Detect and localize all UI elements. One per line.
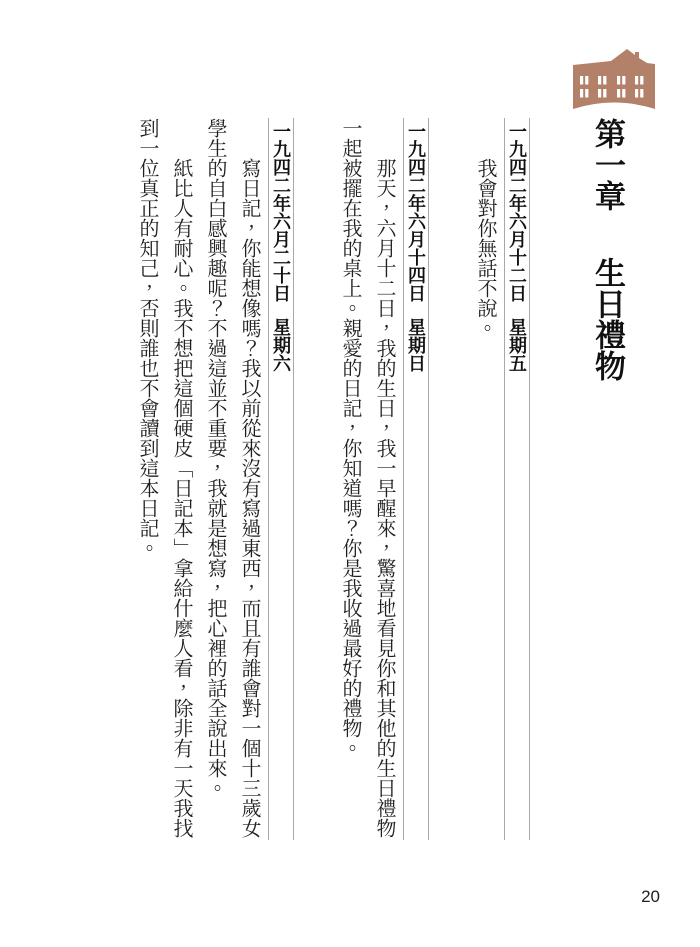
entry-date-heading: 一九四二年六月十二日星期五 bbox=[504, 118, 530, 840]
page-content: 第一章生日禮物 一九四二年六月十二日星期五 我會對你無話不說。 一九四二年六月十… bbox=[130, 118, 625, 840]
entry-paragraph: 寫日記，你能想像嗎？我以前從來沒有寫過東西，而且有誰會對一個十三歲女學生的自白感… bbox=[198, 118, 266, 840]
chapter-title: 第一章生日禮物 bbox=[589, 118, 625, 840]
entry-weekday: 星期六 bbox=[271, 318, 291, 372]
diary-entry: 一九四二年六月十二日星期五 我會對你無話不說。 bbox=[468, 118, 530, 840]
entry-paragraph: 那天，六月十二日，我的生日，我一早醒來，驚喜地看見你和其他的生日禮物一起被擺在我… bbox=[333, 118, 401, 840]
chapter-name: 生日禮物 bbox=[590, 257, 625, 381]
house-icon bbox=[573, 48, 655, 112]
entry-date: 一九四二年六月十四日 bbox=[406, 122, 426, 302]
book-page: 第一章生日禮物 一九四二年六月十二日星期五 我會對你無話不說。 一九四二年六月十… bbox=[0, 0, 700, 947]
entry-weekday: 星期日 bbox=[406, 318, 426, 372]
diary-entry: 一九四二年六月十四日星期日 那天，六月十二日，我的生日，我一早醒來，驚喜地看見你… bbox=[333, 118, 429, 840]
entry-paragraph: 我會對你無話不說。 bbox=[468, 118, 502, 840]
entry-date: 一九四二年六月十二日 bbox=[507, 122, 527, 302]
entry-date-heading: 一九四二年六月二十日星期六 bbox=[268, 118, 294, 840]
entry-paragraph: 紙比人有耐心。我不想把這個硬皮「日記本」拿給什麼人看，除非有一天我找到一位真正的… bbox=[130, 118, 198, 840]
entry-weekday: 星期五 bbox=[507, 318, 527, 372]
diary-entry: 一九四二年六月二十日星期六 寫日記，你能想像嗎？我以前從來沒有寫過東西，而且有誰… bbox=[130, 118, 294, 840]
entry-date: 一九四二年六月二十日 bbox=[271, 122, 291, 302]
entry-date-heading: 一九四二年六月十四日星期日 bbox=[403, 118, 429, 840]
chapter-label: 第一章 bbox=[590, 118, 625, 211]
page-number: 20 bbox=[641, 887, 660, 907]
